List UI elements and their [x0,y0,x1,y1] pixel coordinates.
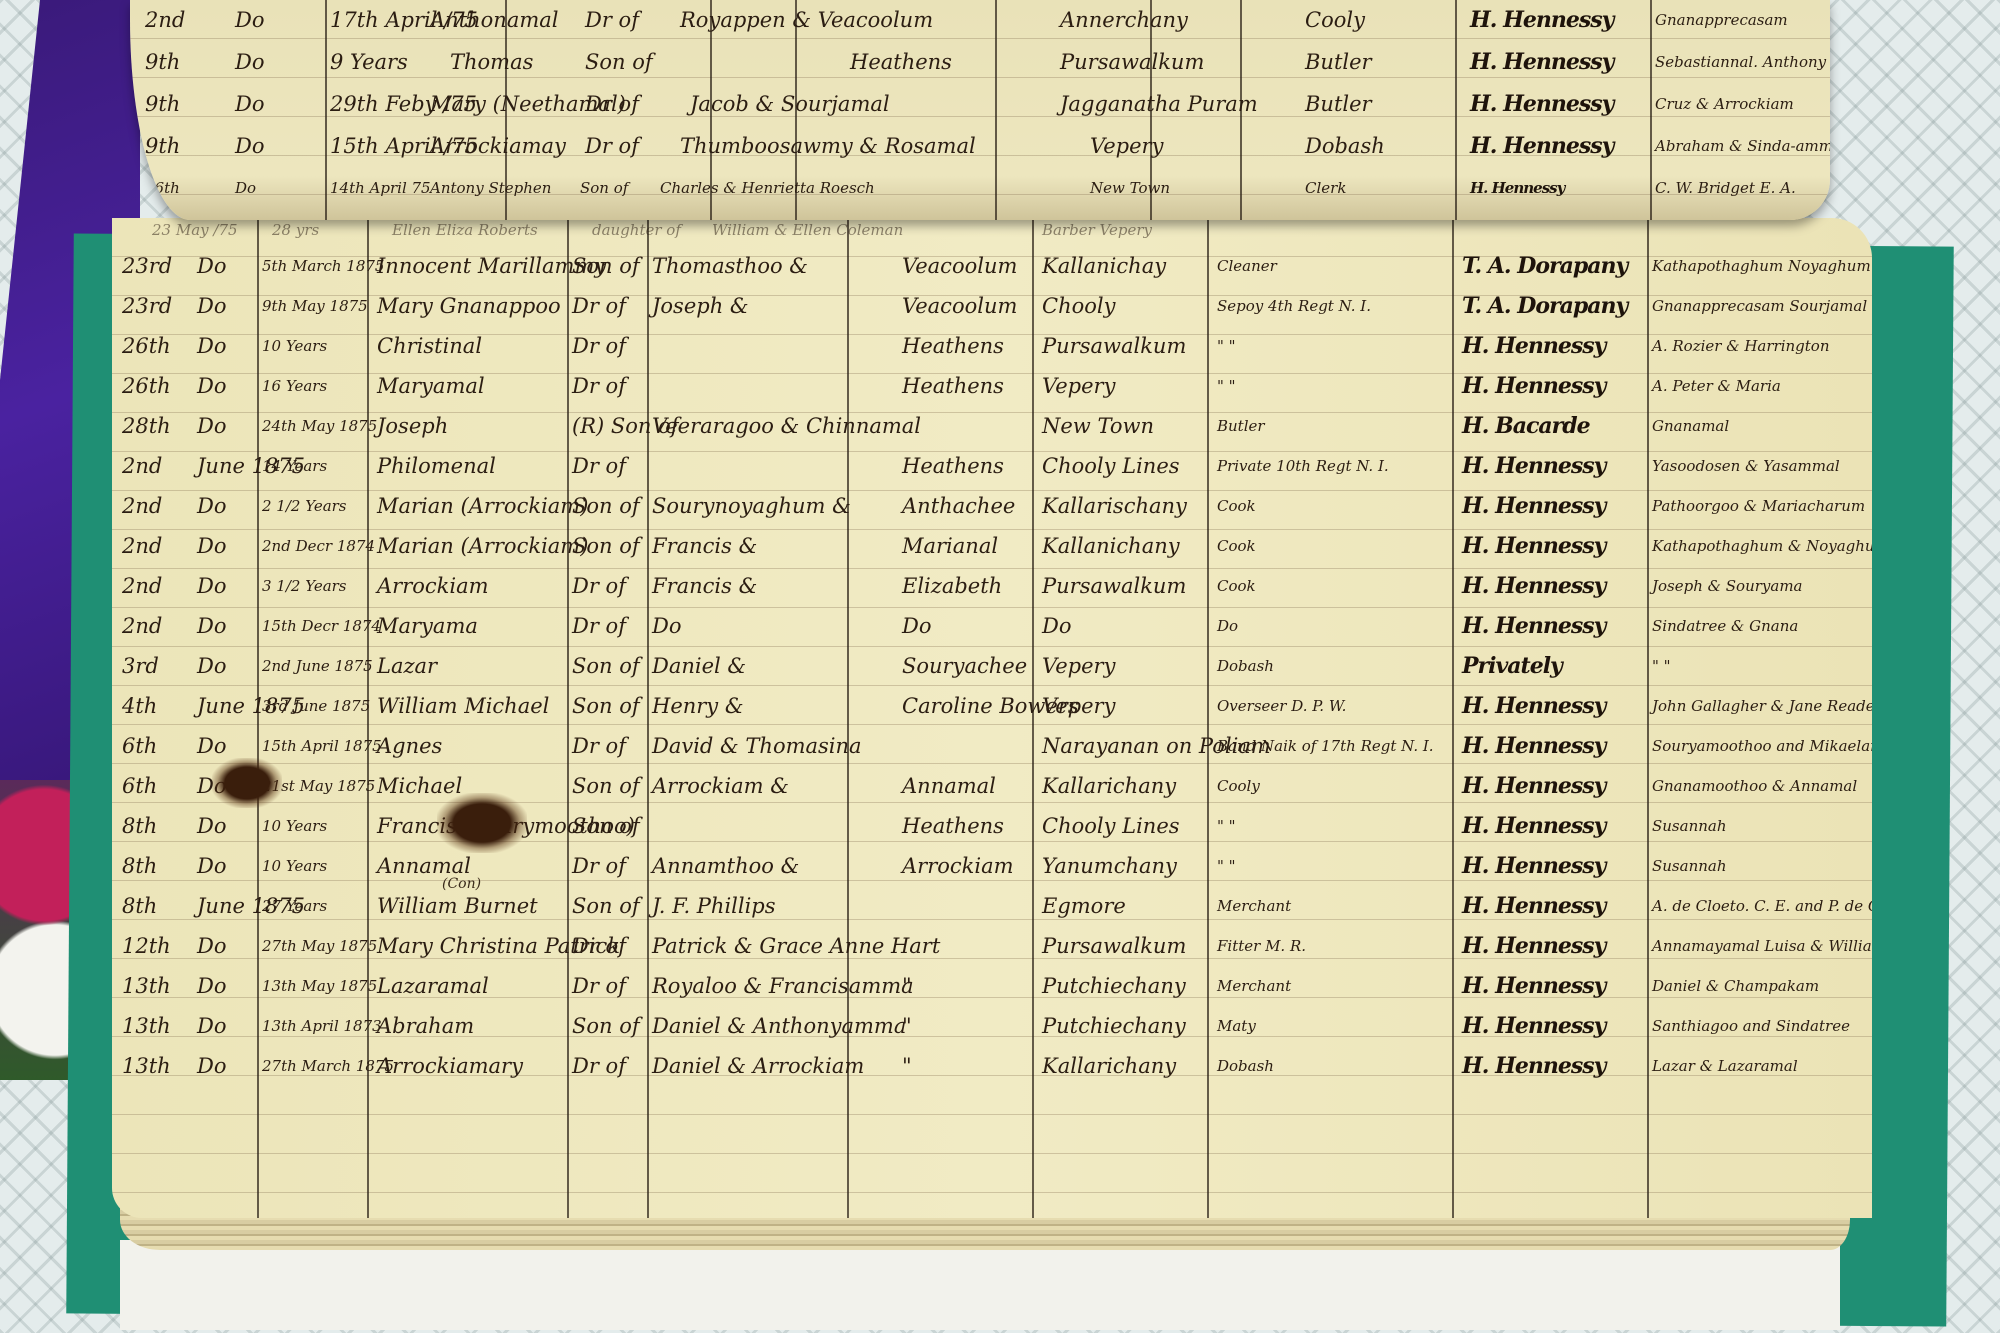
register-row: 12thDo27th May 1875Mary Christina Patric… [112,926,1872,966]
day: 2nd [145,0,185,40]
sponsors: Gnanamal [1652,406,1729,446]
name: Lazar [377,646,437,686]
ink-stain [437,793,527,853]
birth: 14 Years [262,446,327,486]
birth: 14th April 75 [330,168,431,208]
parents2: Arrockiam [902,846,1014,886]
relation: Son of [585,42,653,82]
month: Do [197,846,226,886]
month: Do [197,806,226,846]
relation: Dr of [572,366,626,406]
officiant-signature: H. Hennessy [1462,806,1605,846]
register-row: 6thDo21st May 1875MichaelSon ofArrockiam… [112,766,1872,806]
birth: 10 Years [262,846,327,886]
birth: 13th April 1873 [262,1006,382,1046]
month: Do [197,606,226,646]
name: Arrockiam [377,566,489,606]
sponsors: Abraham & Sinda-ammal [1655,126,1830,166]
relation: Dr of [572,446,626,486]
officiant-signature: H. Hennessy [1462,886,1605,926]
parents: Daniel & [652,646,746,686]
register-row: 13thDo27th March 1875ArrockiamaryDr ofDa… [112,1046,1872,1086]
trade: Band Naik of 17th Regt N. I. [1217,726,1434,766]
officiant-signature: H. Hennessy [1470,84,1613,124]
trade: Cook [1217,486,1256,526]
abode: Chooly [1042,286,1115,326]
sponsors: " " [1652,646,1671,686]
parents: Do [652,606,681,646]
relation: Dr of [572,566,626,606]
day: 3rd [122,646,159,686]
sponsors: A. Rozier & Harrington [1652,326,1829,366]
birth: 15th Decr 1874 [262,606,381,646]
relation: Son of [572,646,640,686]
trade: Cooly [1217,766,1260,806]
month: Do [197,1006,226,1046]
parents2: " [902,966,912,1006]
register-row: 8thDo10 YearsFrancis (Sourymoothoo)Son o… [112,806,1872,846]
day: 8th [122,806,157,846]
parents: Thomasthoo & [652,246,808,286]
day: 26th [122,326,171,366]
month: Do [197,286,226,326]
parents: Charles & Henrietta Roesch [660,168,875,208]
trade: " " [1217,806,1236,846]
parents: Daniel & Arrockiam [652,1046,864,1086]
trade: Cooly [1305,0,1365,40]
trade: Do [1217,606,1238,646]
month: Do [235,168,256,208]
trade: Butler [1305,42,1372,82]
officiant-signature: H. Hennessy [1470,168,1564,208]
relation: Son of [572,486,640,526]
abode: Annerchany [1060,0,1188,40]
relation: Dr of [585,84,639,124]
parents2: Elizabeth [902,566,1002,606]
name: William Michael [377,686,549,726]
sponsors: Kathapothaghum & Noyaghum [1652,526,1872,566]
abode: Kallarichany [1042,766,1176,806]
parents: Joseph & [652,286,749,326]
relation: Dr of [572,966,626,1006]
day: 16th [145,168,180,208]
officiant-signature: H. Hennessy [1462,1046,1605,1086]
day: 9th [145,84,180,124]
parents: Annamthoo & [652,846,799,886]
parents2: Veacoolum [902,286,1017,326]
officiant-signature: H. Hennessy [1470,0,1613,40]
officiant-signature: H. Hennessy [1462,846,1605,886]
day: 12th [122,926,171,966]
trade: Dobash [1305,126,1385,166]
parents2: Do [902,606,931,646]
parents2: Annamal [902,766,996,806]
parents2: Heathens [902,806,1004,846]
officiant-signature: H. Hennessy [1462,606,1605,646]
parents2: Heathens [902,366,1004,406]
register-row: 8thJune 187527 YearsWilliam BurnetSon of… [112,886,1872,926]
month: Do [197,486,226,526]
officiant-signature: T. A. Dorapany [1462,286,1627,326]
day: 8th [122,886,157,926]
name: Thomas [450,42,533,82]
birth: 10 Years [262,806,327,846]
sponsors: Santhiagoo and Sindatree [1652,1006,1850,1046]
trade: Cook [1217,526,1256,566]
abode: Vepery [1042,646,1115,686]
birth: 3rd June 1875 [262,686,370,726]
sponsors: Lazar & Lazaramal [1652,1046,1798,1086]
name: Anthonamal [430,0,559,40]
parents: Arrockiam & [652,766,789,806]
relation: Son of [580,168,628,208]
relation: Dr of [572,326,626,366]
parents: Francis & [652,526,757,566]
officiant-signature: H. Hennessy [1462,1006,1605,1046]
sponsors: Sebastiannal. Anthony & Rosanal [1655,42,1830,82]
birth: 2nd Decr 1874 [262,526,375,566]
relation: Dr of [585,0,639,40]
officiant-signature: Privately [1462,646,1562,686]
day: 2nd [122,566,162,606]
day: 6th [122,766,157,806]
day: 9th [145,126,180,166]
month: Do [197,366,226,406]
day: 13th [122,1006,171,1046]
birth: 27 Years [262,886,327,926]
parents2: Heathens [902,446,1004,486]
sponsors: Pathoorgoo & Mariacharum [1652,486,1865,526]
register-row: 9th Do 9 Years Thomas Son of Heathens Pu… [130,42,1830,82]
register-row: 2ndDo15th Decr 1874MaryamaDr ofDoDoDoDoH… [112,606,1872,646]
abode: Do [1042,606,1071,646]
birth: 24th May 1875 [262,406,377,446]
register-row: 13thDo13th April 1873AbrahamSon ofDaniel… [112,1006,1872,1046]
relation: Dr of [572,606,626,646]
day: 13th [122,1046,171,1086]
month: Do [235,126,264,166]
relation: Dr of [572,286,626,326]
officiant-signature: H. Hennessy [1462,366,1605,406]
trade: Merchant [1217,966,1291,1006]
abode: Pursawalkum [1060,42,1204,82]
register-row: 26thDo16 YearsMaryamalDr ofHeathensVeper… [112,366,1872,406]
sponsors: Gnanapprecasam Sourjamal [1652,286,1867,326]
day: 2nd [122,486,162,526]
day: 6th [122,726,157,766]
name: Maryama [377,606,478,646]
relation: Son of [572,806,640,846]
relation: Son of [572,766,640,806]
trade: " " [1217,326,1236,366]
sponsors: Susannah [1652,806,1727,846]
birth: 2nd June 1875 [262,646,373,686]
trade: Dobash [1217,646,1274,686]
register-row: 23rdDo9th May 1875Mary GnanappooDr ofJos… [112,286,1872,326]
officiant-signature: H. Hennessy [1462,726,1605,766]
abode: Chooly Lines [1042,446,1180,486]
name: Antony Stephen [430,168,551,208]
name: Lazaramal [377,966,489,1006]
birth: 27th May 1875 [262,926,377,966]
relation: Son of [572,1006,640,1046]
abode: Chooly Lines [1042,806,1180,846]
trade: Sepoy 4th Regt N. I. [1217,286,1371,326]
day: 23rd [122,286,172,326]
trade: Cleaner [1217,246,1277,286]
abode: Putchiechany [1042,1006,1186,1046]
trade: Merchant [1217,886,1291,926]
relation: Son of [572,526,640,566]
parents: Thumboosawmy & Rosamal [680,126,976,166]
parents: Royaloo & Francisamma [652,966,914,1006]
relation: Dr of [572,926,626,966]
relation: Dr of [572,846,626,886]
register-row: 28thDo24th May 1875Joseph(R) Son ofVeera… [112,406,1872,446]
relation: Dr of [572,1046,626,1086]
parents: Sourynoyaghum & [652,486,851,526]
birth: 27th March 1875 [262,1046,394,1086]
day: 2nd [122,606,162,646]
name: Philomenal [377,446,496,486]
abode: Kallanichany [1042,526,1180,566]
day: 13th [122,966,171,1006]
register-row: 9th Do 15th April /75 Arrockiamay Dr of … [130,126,1830,166]
officiant-signature: H. Hennessy [1462,526,1605,566]
trade: Fitter M. R. [1217,926,1306,966]
register-row: 8thDo10 YearsAnnamalDr ofAnnamthoo &Arro… [112,846,1872,886]
sponsors: John Gallagher & Jane Reade [1652,686,1872,726]
parents: Jacob & Sourjamal [690,84,890,124]
main-page: 23 May /75 28 yrs Ellen Eliza Roberts da… [112,218,1872,1218]
upper-page: 2nd Do 17th April /75 Anthonamal Dr of R… [130,0,1830,220]
trade: Clerk [1305,168,1346,208]
sponsors: Annamayamal Luisa & William Hart [1652,926,1872,966]
day: 26th [122,366,171,406]
parents: Patrick & Grace Anne Hart [652,926,940,966]
parents2: Marianal [902,526,998,566]
trade: Overseer D. P. W. [1217,686,1346,726]
month: Do [197,646,226,686]
sponsors: Cruz & Arrockiam [1655,84,1794,124]
officiant-signature: H. Hennessy [1462,326,1605,366]
day: 4th [122,686,157,726]
parents: David & Thomasina [652,726,862,766]
parents2: Souryachee [902,646,1027,686]
birth: 9th May 1875 [262,286,368,326]
abode: Jagganatha Puram [1060,84,1258,124]
abode: Vepery [1042,686,1115,726]
officiant-signature: H. Hennessy [1462,566,1605,606]
officiant-signature: H. Hennessy [1462,766,1605,806]
name: Marian (Arrockiam) [377,526,588,566]
relation: Dr of [572,726,626,766]
day: 2nd [122,446,162,486]
birth: 16 Years [262,366,327,406]
register-row: 13thDo13th May 1875LazaramalDr ofRoyaloo… [112,966,1872,1006]
parents: Heathens [850,42,952,82]
register-row: 16th Do 14th April 75 Antony Stephen Son… [130,168,1830,208]
parents: Daniel & Anthonyamma [652,1006,906,1046]
ink-stain [212,758,282,808]
register-row: 23rdDo5th March 1875Innocent MarillammyS… [112,246,1872,286]
birth: 3 1/2 Years [262,566,347,606]
sponsors: Joseph & Souryama [1652,566,1803,606]
sponsors: C. W. Bridget E. A. [1655,168,1796,208]
register-row: 3rdDo2nd June 1875LazarSon ofDaniel &Sou… [112,646,1872,686]
abode: Pursawalkum [1042,326,1186,366]
sponsors: A. Peter & Maria [1652,366,1781,406]
birth: 13th May 1875 [262,966,377,1006]
relation: Son of [572,686,640,726]
sponsors: Gnanamoothoo & Annamal [1652,766,1857,806]
relation: Son of [572,246,640,286]
trade: Cook [1217,566,1256,606]
trade: " " [1217,366,1236,406]
abode: Kallanichay [1042,246,1166,286]
name: Christinal [377,326,482,366]
abode: Yanumchany [1042,846,1177,886]
officiant-signature: H. Hennessy [1470,42,1613,82]
sponsors: A. de Cloeto. C. E. and P. de Cloeto [1652,886,1872,926]
sponsors: Daniel & Champakam [1652,966,1819,1006]
sponsors: Kathapothaghum Noyaghum [1652,246,1871,286]
parents2: Anthachee [902,486,1015,526]
day: 28th [122,406,171,446]
abode: Kallarichany [1042,1046,1176,1086]
abode: Pursawalkum [1042,926,1186,966]
trade: Maty [1217,1006,1256,1046]
abode: New Town [1042,406,1154,446]
name: Joseph [377,406,448,446]
sponsors: Souryamoothoo and Mikaelamma. [1652,726,1872,766]
relation: Son of [572,886,640,926]
birth: 2 1/2 Years [262,486,347,526]
month: Do [197,326,226,366]
officiant-signature: H. Hennessy [1462,966,1605,1006]
name: Agnes [377,726,442,766]
officiant-signature: H. Hennessy [1462,446,1605,486]
abode: Kallarischany [1042,486,1187,526]
name: Mary Gnanappoo [377,286,561,326]
officiant-signature: H. Hennessy [1462,926,1605,966]
day: 2nd [122,526,162,566]
abode: Egmore [1042,886,1126,926]
month: Do [197,566,226,606]
month: Do [235,42,264,82]
trade: Dobash [1217,1046,1274,1086]
month: Do [197,1046,226,1086]
parents2: Veacoolum [902,246,1017,286]
birth: 5th March 1875 [262,246,384,286]
month: Do [197,966,226,1006]
parents2: Heathens [902,326,1004,366]
name: Maryamal [377,366,485,406]
parents: Francis & [652,566,757,606]
parents: Henry & [652,686,744,726]
register-row: 4thJune 18753rd June 1875William Michael… [112,686,1872,726]
abode: Putchiechany [1042,966,1186,1006]
name: Arrockiamay [430,126,566,166]
sponsors: Yasoodosen & Yasammal [1652,446,1840,486]
month: Do [235,0,264,40]
officiant-signature: H. Bacarde [1462,406,1590,446]
parents: Royappen & Veacoolum [680,0,933,40]
officiant-signature: T. A. Dorapany [1462,246,1627,286]
register-row: 9th Do 29th Feby /75 Mary (Neethamal) Dr… [130,84,1830,124]
sponsors: Susannah [1652,846,1727,886]
month: Do [197,406,226,446]
relation: Dr of [585,126,639,166]
trade: " " [1217,846,1236,886]
trade: Butler [1305,84,1372,124]
register-row: 2ndDo2nd Decr 1874Marian (Arrockiam)Son … [112,526,1872,566]
parents2: " [902,1006,912,1046]
parents2: " [902,1046,912,1086]
name: Arrockiamary [377,1046,523,1086]
officiant-signature: H. Hennessy [1470,126,1613,166]
abode: Vepery [1090,126,1163,166]
trade: Butler [1217,406,1265,446]
abode: Pursawalkum [1042,566,1186,606]
register-row: 2ndJune 187514 YearsPhilomenalDr ofHeath… [112,446,1872,486]
parents: J. F. Phillips [652,886,776,926]
day: 23rd [122,246,172,286]
register-row: 26thDo10 YearsChristinalDr ofHeathensPur… [112,326,1872,366]
birth: 10 Years [262,326,327,366]
register-row: 2ndDo3 1/2 YearsArrockiamDr ofFrancis &E… [112,566,1872,606]
name: Marian (Arrockiam) [377,486,588,526]
register-row: 2ndDo2 1/2 YearsMarian (Arrockiam)Son of… [112,486,1872,526]
name-note: (Con) [442,876,481,892]
abode: Vepery [1042,366,1115,406]
day: 8th [122,846,157,886]
abode: New Town [1090,168,1170,208]
officiant-signature: H. Hennessy [1462,486,1605,526]
sponsors: Sindatree & Gnana [1652,606,1798,646]
parents: Veeraragoo & Chinnamal [652,406,921,446]
birth: 9 Years [330,42,408,82]
month: Do [197,926,226,966]
register-row: 2nd Do 17th April /75 Anthonamal Dr of R… [130,0,1830,40]
officiant-signature: H. Hennessy [1462,686,1605,726]
white-mount-board [120,1240,1840,1330]
month: Do [197,246,226,286]
month: Do [235,84,264,124]
name: William Burnet [377,886,538,926]
trade: Private 10th Regt N. I. [1217,446,1389,486]
month: Do [197,526,226,566]
sponsors: Gnanapprecasam [1655,0,1788,40]
register-row: 6thDo15th April 1875AgnesDr ofDavid & Th… [112,726,1872,766]
name: Abraham [377,1006,474,1046]
day: 9th [145,42,180,82]
